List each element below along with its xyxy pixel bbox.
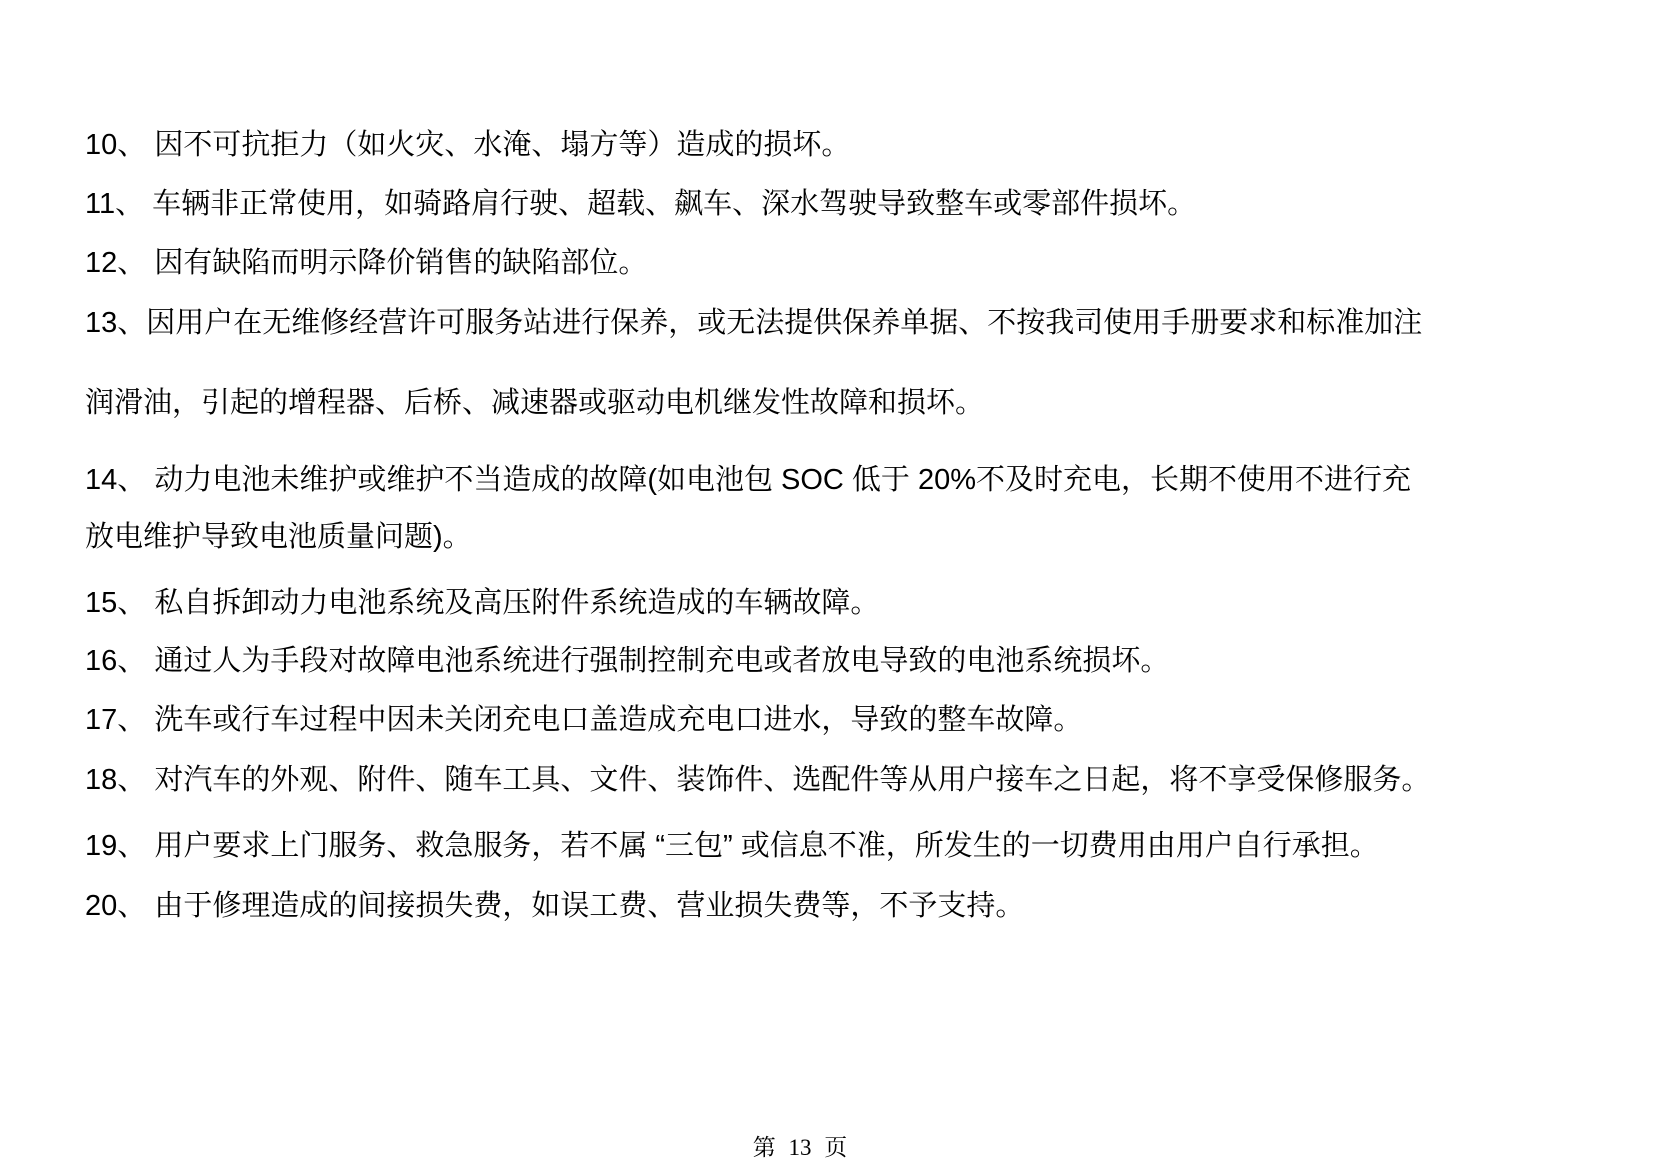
- list-item-19: 19、 用户要求上门服务、救急服务，若不属 “三包” 或信息不准，所发生的一切费…: [85, 829, 1379, 863]
- document-page: 10、 因不可抗拒力（如火灾、水淹、塌方等）造成的损坏。 11、 车辆非正常使用…: [0, 0, 1654, 1166]
- list-item-18: 18、 对汽车的外观、附件、随车工具、文件、装饰件、选配件等从用户接车之日起，将…: [85, 763, 1430, 797]
- list-item-16: 16、 通过人为手段对故障电池系统进行强制控制充电或者放电导致的电池系统损坏。: [85, 644, 1169, 678]
- list-item-10: 10、 因不可抗拒力（如火灾、水淹、塌方等）造成的损坏。: [85, 128, 850, 162]
- list-item-13-line-2: 润滑油，引起的增程器、后桥、减速器或驱动电机继发性故障和损坏。: [85, 386, 984, 420]
- list-item-15: 15、 私自拆卸动力电池系统及高压附件系统造成的车辆故障。: [85, 586, 879, 620]
- list-item-11: 11、 车辆非正常使用，如骑路肩行驶、超载、飙车、深水驾驶导致整车或零部件损坏。: [85, 187, 1196, 221]
- list-item-14-line-1: 14、 动力电池未维护或维护不当造成的故障(如电池包 SOC 低于 20%不及时…: [85, 463, 1411, 497]
- list-item-14-line-2: 放电维护导致电池质量问题)。: [85, 520, 472, 554]
- list-item-12: 12、 因有缺陷而明示降价销售的缺陷部位。: [85, 246, 647, 280]
- list-item-17: 17、 洗车或行车过程中因未关闭充电口盖造成充电口进水，导致的整车故障。: [85, 703, 1082, 737]
- page-number: 第 13 页: [0, 1134, 1600, 1162]
- list-item-13-line-1: 13、因用户在无维修经营许可服务站进行保养，或无法提供保养单据、不按我司使用手册…: [85, 306, 1422, 340]
- list-item-20: 20、 由于修理造成的间接损失费，如误工费、营业损失费等，不予支持。: [85, 889, 1024, 923]
